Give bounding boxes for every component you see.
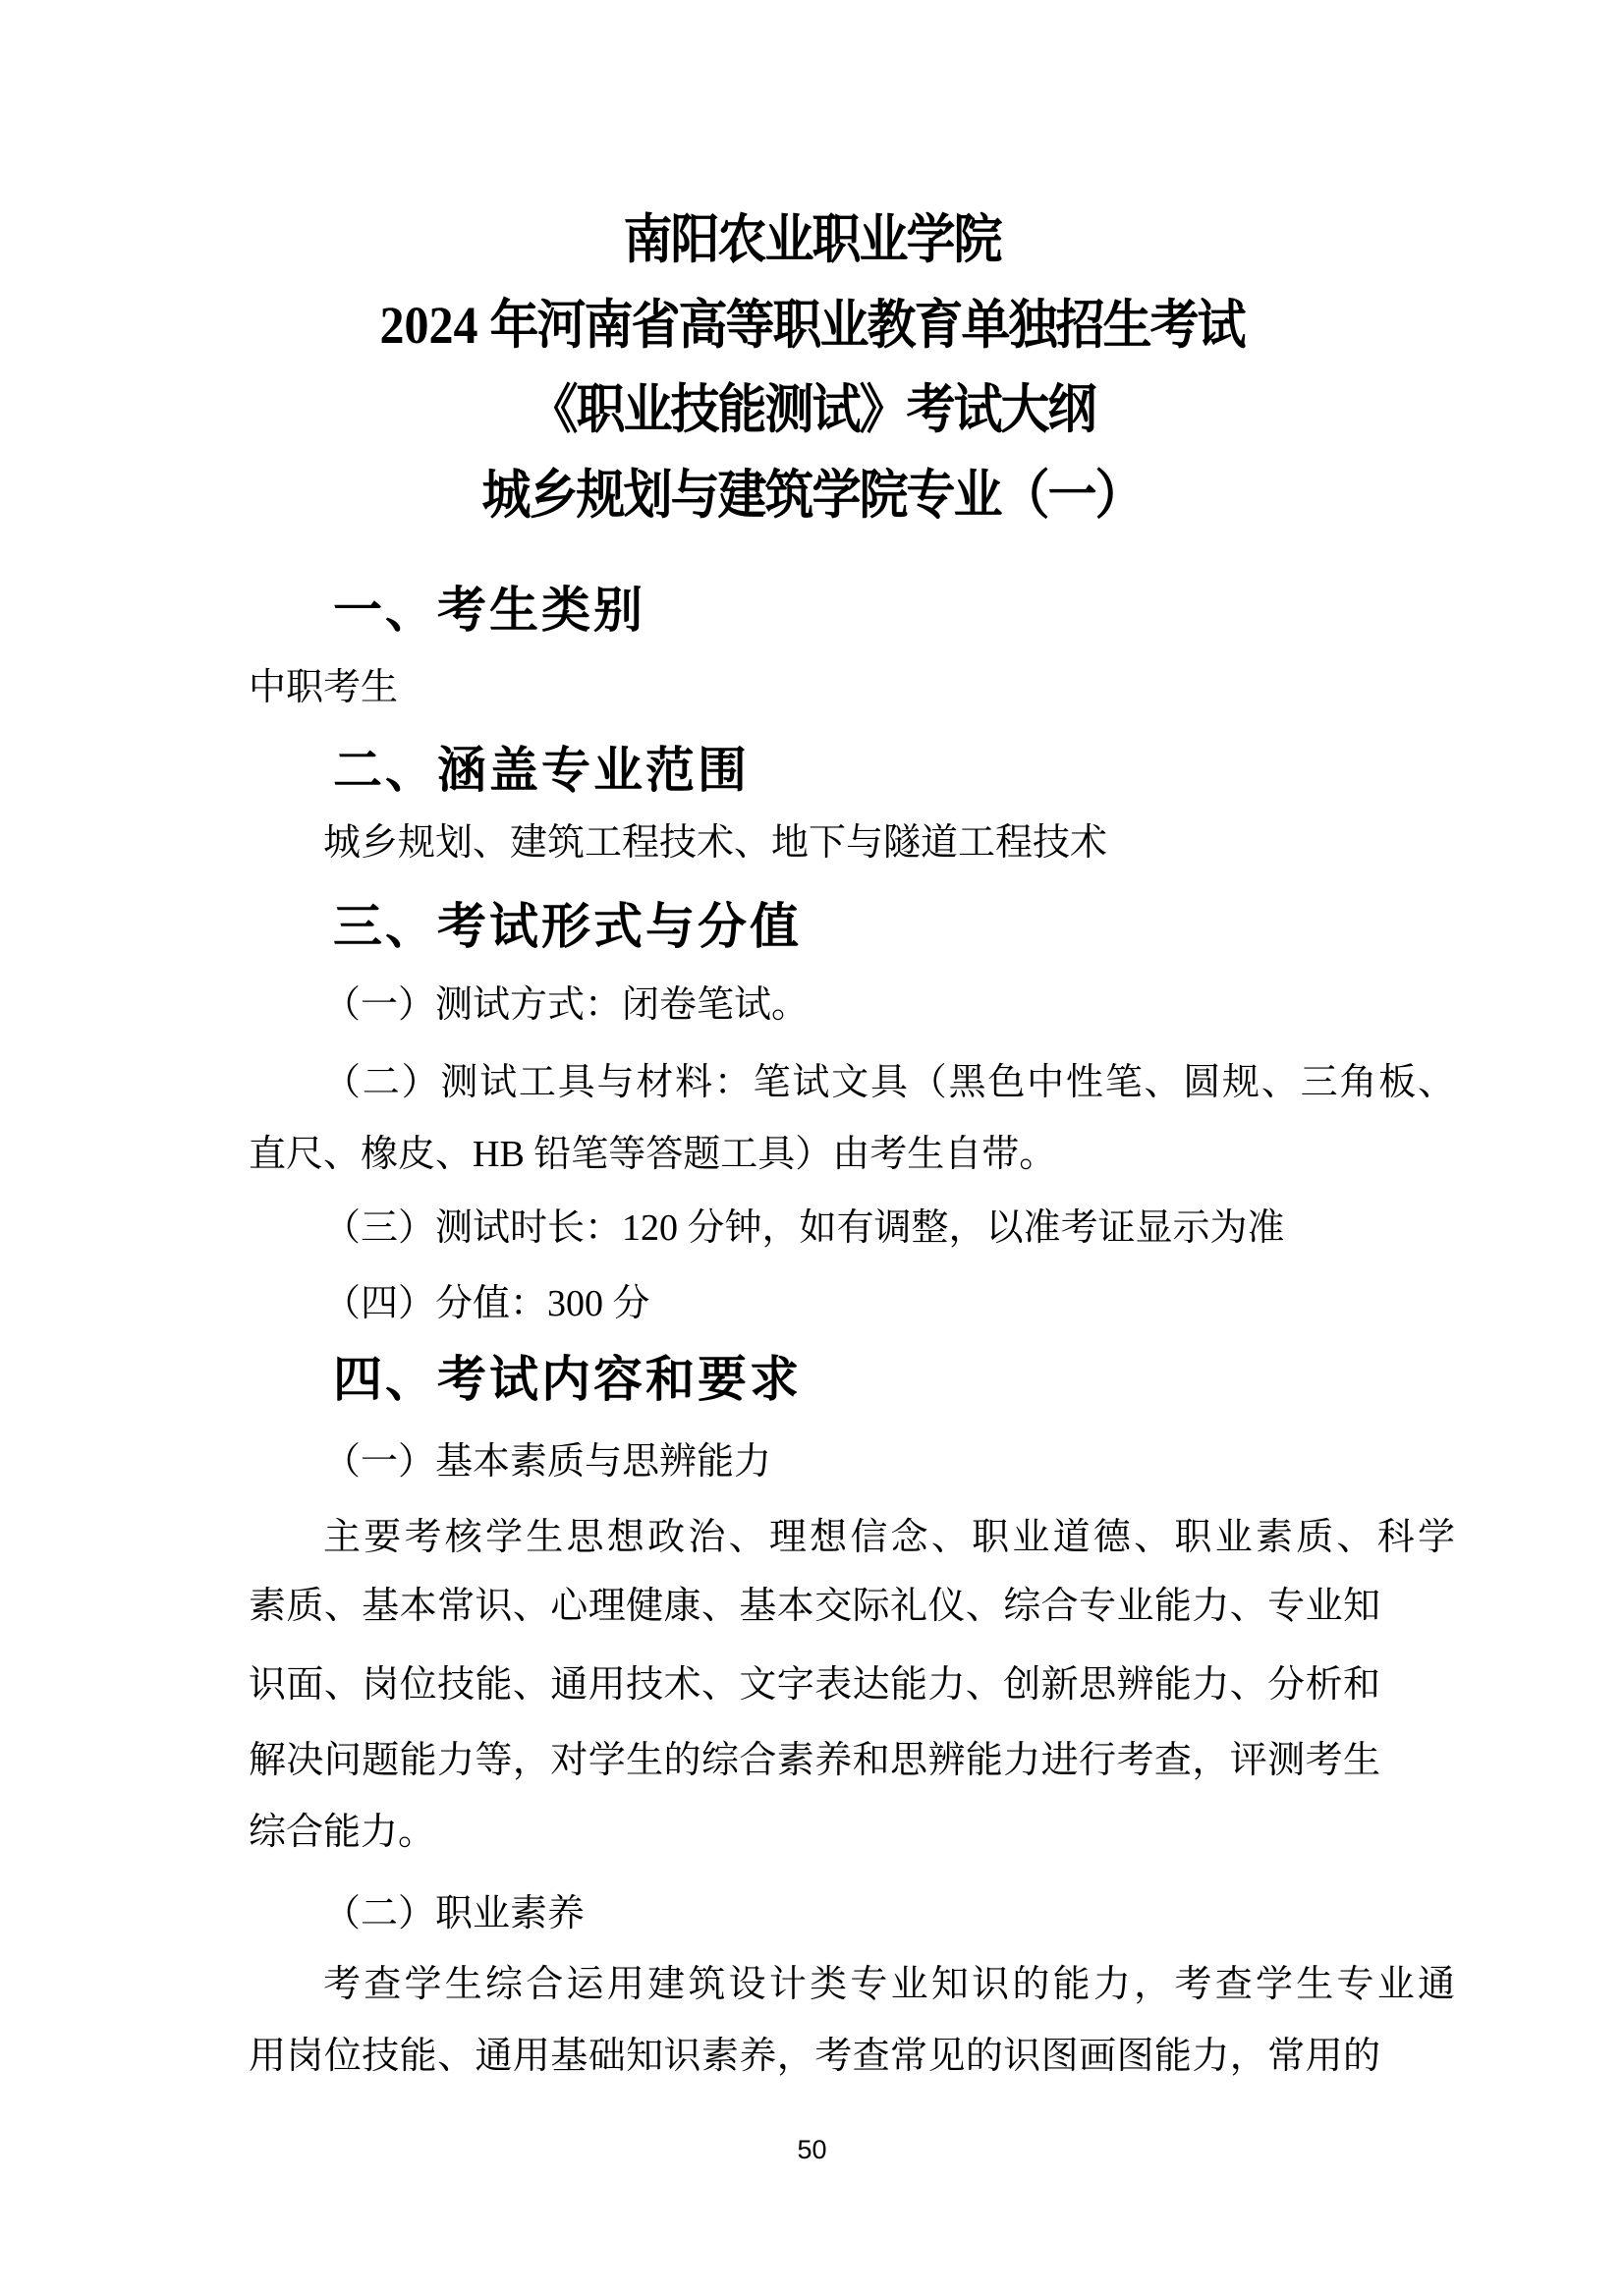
title-line-4: 城乡规划与建筑学院专业（一） (0, 462, 1624, 529)
section-1-body: 中职考生 (249, 665, 1380, 712)
title-line-1: 南阳农业职业学院 (0, 206, 1624, 273)
section-3-item-2-line-1: （二）测试工具与材料：笔试文具（黑色中性笔、圆规、三角板、 (249, 1060, 1455, 1107)
page-number: 50 (0, 2134, 1624, 2165)
title-line-2: 2024年河南省高等职业教育单独招生考试 (0, 292, 1624, 359)
section-4-sub-1-line-3: 识面、岗位技能、通用技术、文字表达能力、创新思辨能力、分析和 (249, 1662, 1380, 1709)
section-2-body: 城乡规划、建筑工程技术、地下与隧道工程技术 (249, 820, 1455, 868)
section-4-heading: 四、考试内容和要求 (249, 1349, 1465, 1411)
section-3-item-4: （四）分值：300 分 (249, 1281, 1455, 1328)
section-2-heading: 二、涵盖专业范围 (249, 740, 1465, 802)
section-4-sub-1-heading: （一）基本素质与思辨能力 (249, 1439, 1455, 1486)
title-year: 2024 (380, 295, 478, 354)
section-3-item-2-line-2: 直尺、橡皮、HB 铅笔等答题工具）由考生自带。 (249, 1132, 1380, 1179)
section-4-sub-1-line-1: 主要考核学生思想政治、理想信念、职业道德、职业素质、科学 (249, 1515, 1455, 1562)
section-4-sub-1-line-4: 解决问题能力等，对学生的综合素养和思辨能力进行考查，评测考生 (249, 1738, 1380, 1785)
section-4-sub-1-line-2: 素质、基本常识、心理健康、基本交际礼仪、综合专业能力、专业知 (249, 1584, 1380, 1631)
title-line-2-text: 年河南省高等职业教育单独招生考试 (490, 295, 1245, 354)
section-4-sub-2-line-1: 考查学生综合运用建筑设计类专业知识的能力，考查学生专业通 (249, 1962, 1455, 2009)
section-3-item-1: （一）测试方式：闭卷笔试。 (249, 982, 1455, 1030)
section-1-heading: 一、考生类别 (249, 580, 1465, 642)
section-4-sub-1-line-5: 综合能力。 (249, 1810, 1380, 1857)
section-3-item-3: （三）测试时长：120 分钟，如有调整，以准考证显示为准 (249, 1205, 1455, 1253)
section-4-sub-2-line-2: 用岗位技能、通用基础知识素养，考查常见的识图画图能力，常用的 (249, 2034, 1380, 2081)
section-3-heading: 三、考试形式与分值 (249, 896, 1465, 958)
document-page: 南阳农业职业学院 2024年河南省高等职业教育单独招生考试 《职业技能测试》考试… (0, 0, 1624, 2296)
section-4-sub-2-heading: （二）职业素养 (249, 1891, 1455, 1938)
title-line-3: 《职业技能测试》考试大纲 (0, 376, 1624, 443)
